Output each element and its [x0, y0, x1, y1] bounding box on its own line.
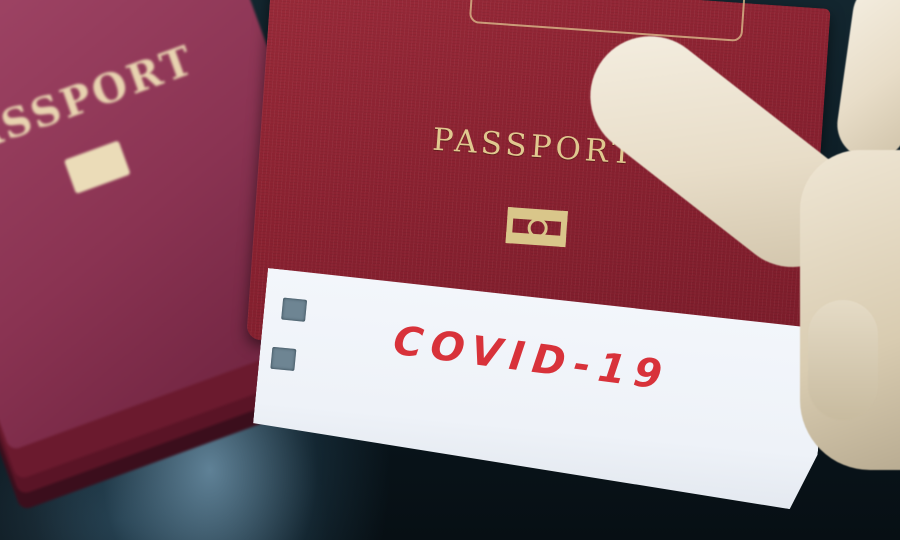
covid-note-text: COVID-19	[391, 318, 673, 400]
cover-frame-line	[469, 0, 746, 42]
biometric-chip-icon	[64, 140, 131, 194]
gloved-finger	[833, 0, 900, 164]
gloved-thumb	[808, 300, 878, 420]
binder-hole	[270, 347, 296, 371]
binder-hole	[281, 298, 307, 322]
photo-scene: PASSPORT PASSPORT COVID-19	[0, 0, 900, 540]
biometric-chip-icon	[506, 207, 568, 247]
